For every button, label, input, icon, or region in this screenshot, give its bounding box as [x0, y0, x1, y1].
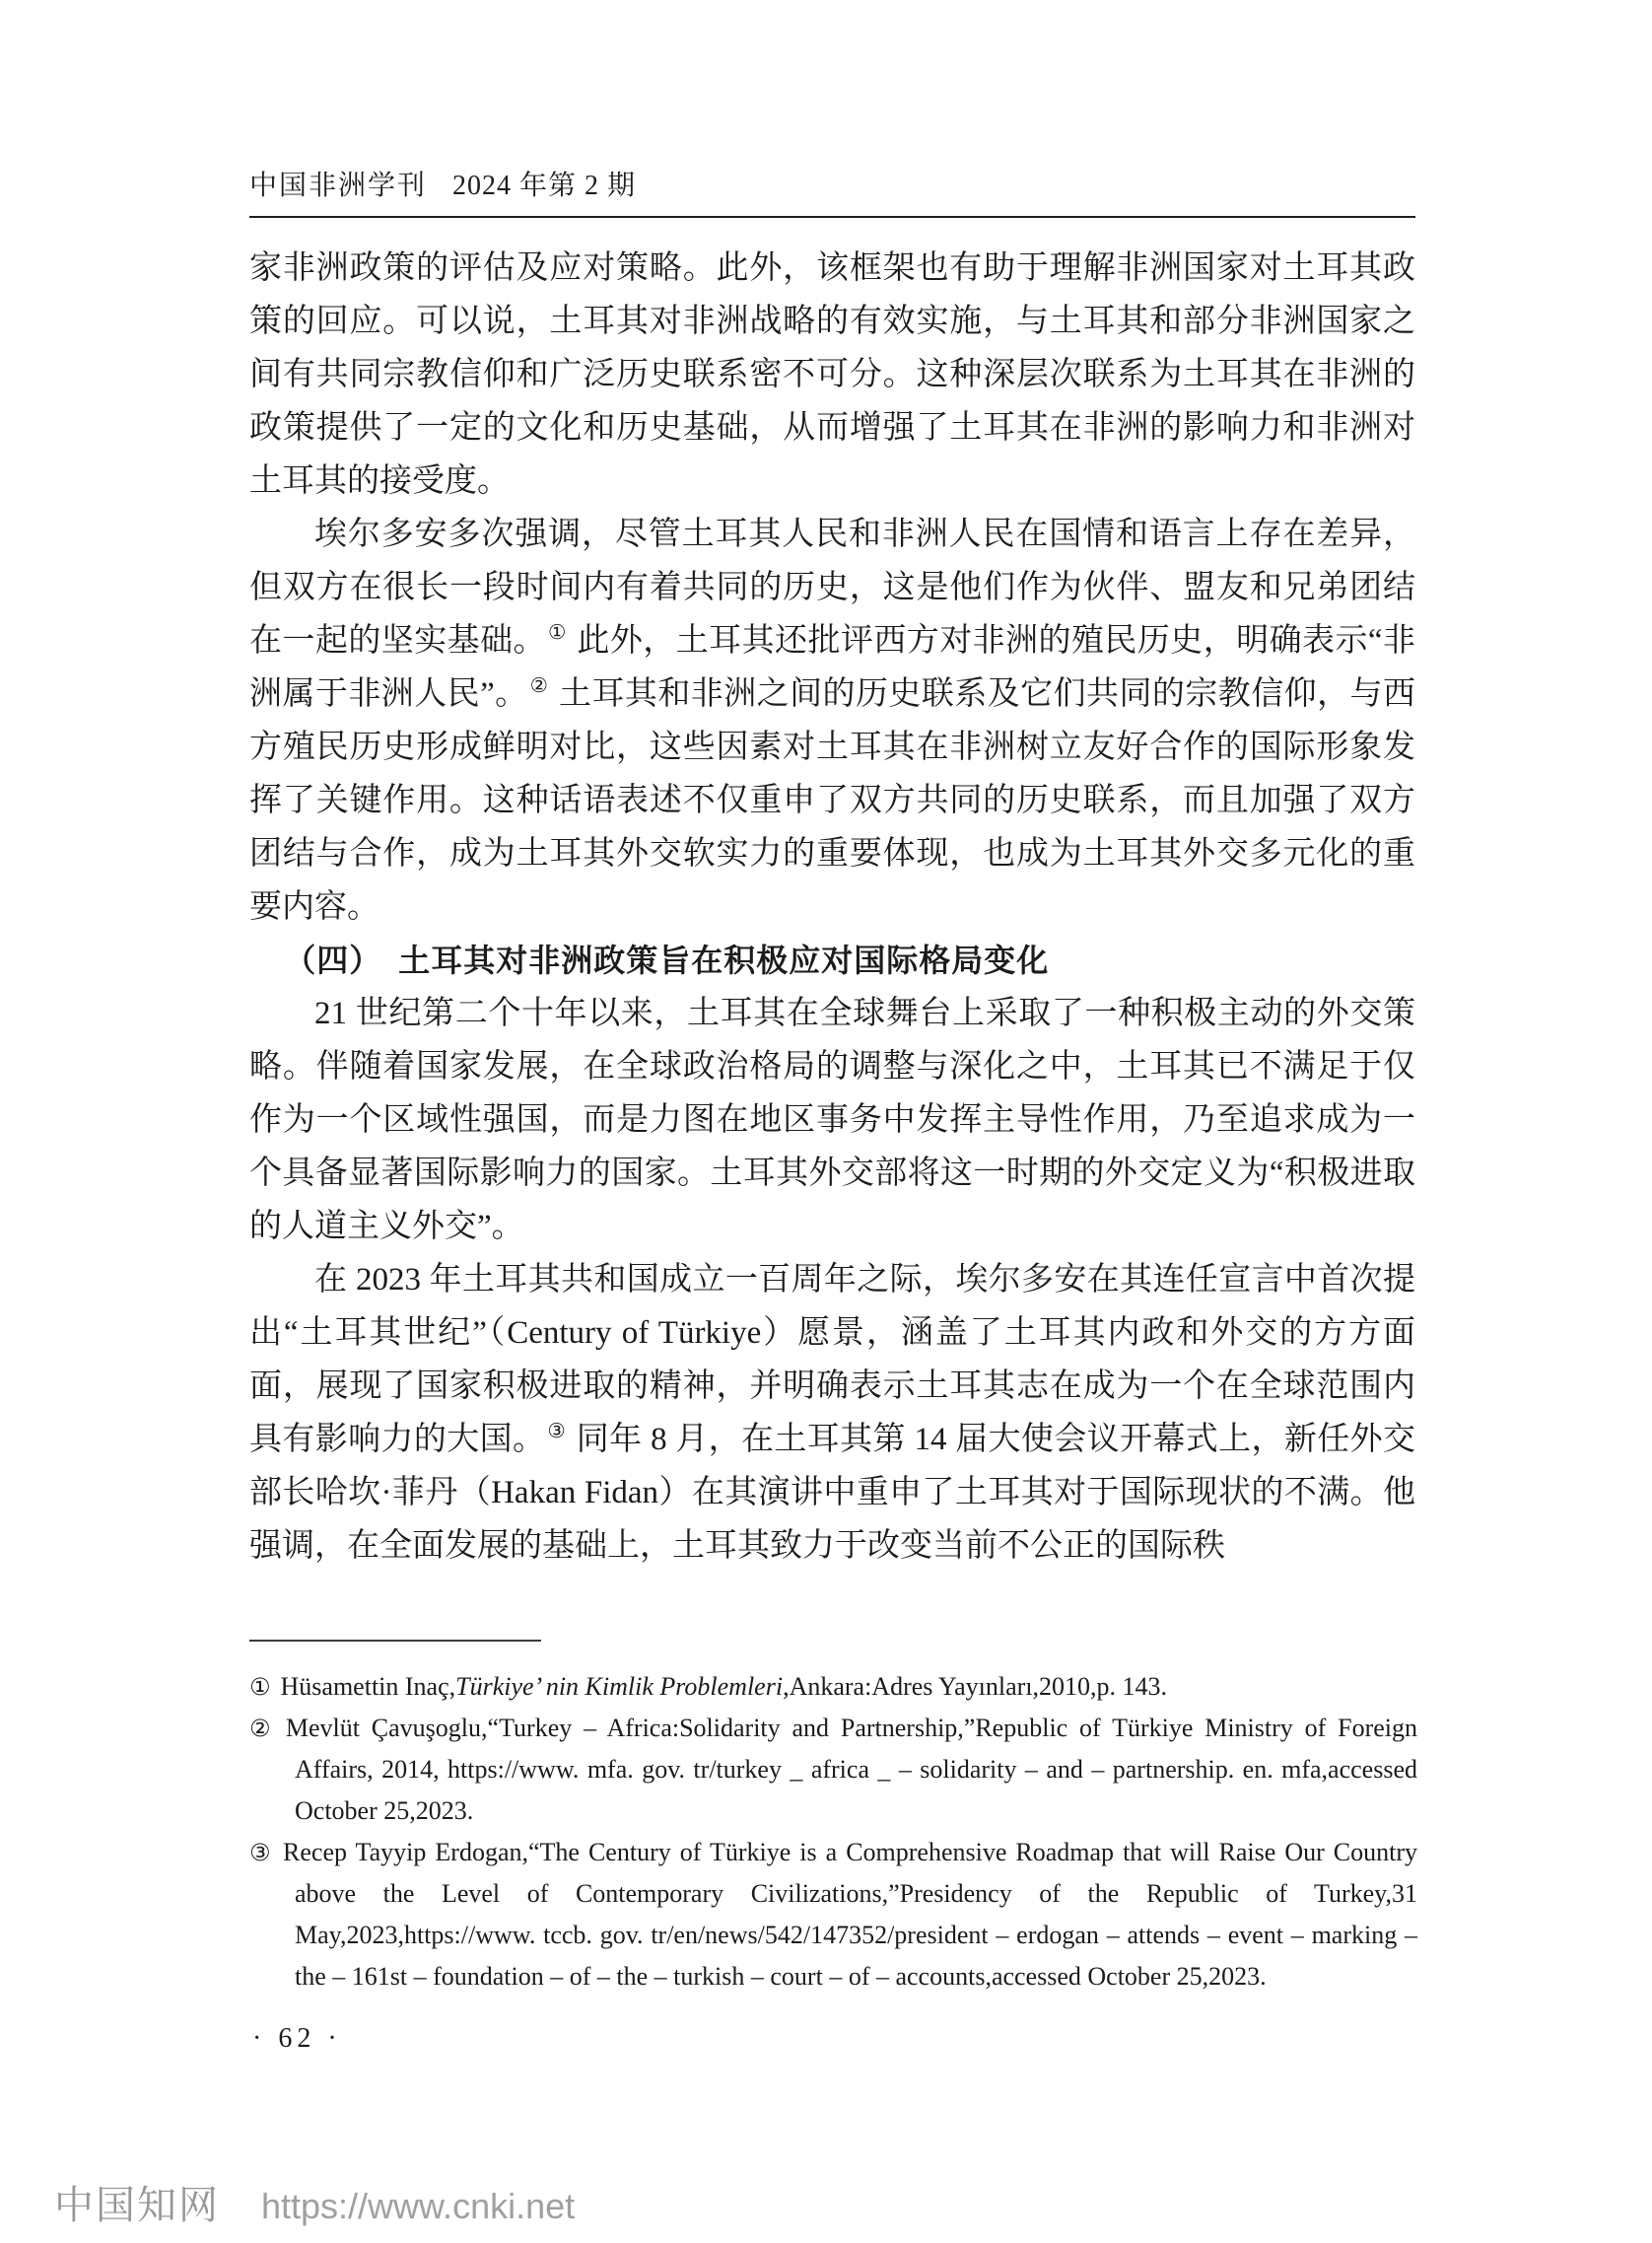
footnote-text: Mevlüt Çavuşoglu,“Turkey – Africa:Solida… — [286, 1714, 1417, 1825]
cnki-watermark: 中国知网https://www.cnki.net — [54, 2174, 575, 2230]
footnote-ref-1: ① — [548, 622, 567, 644]
header-divider — [249, 216, 1415, 218]
footnote-book-title: Türkiye’ nin Kimlik Problemleri — [455, 1672, 783, 1701]
footnote-marker-2: ② — [249, 1715, 276, 1742]
footnote-divider — [249, 1640, 541, 1642]
page-number: · 62 · — [252, 2023, 342, 2055]
cnki-url-text: https://www.cnki.net — [261, 2186, 575, 2226]
journal-title: 中国非洲学刊 — [249, 171, 427, 201]
footnote-citation-rest: ,Ankara:Adres Yayınları,2010,p. 143. — [783, 1672, 1167, 1701]
journal-page: 中国非洲学刊2024 年第 2 期 家非洲政策的评估及应对策略。此外，该框架也有… — [0, 0, 1652, 2243]
footnote-1: ①Hüsamettin Inaç,Türkiye’ nin Kimlik Pro… — [249, 1666, 1417, 1708]
footnote-marker-1: ① — [249, 1673, 271, 1701]
issue-info: 2024 年第 2 期 — [452, 171, 636, 201]
footnotes: ①Hüsamettin Inaç,Türkiye’ nin Kimlik Pro… — [249, 1666, 1417, 1998]
footnote-2: ②Mevlüt Çavuşoglu,“Turkey – Africa:Solid… — [249, 1708, 1417, 1832]
footnote-ref-2: ② — [530, 675, 549, 697]
footnote-ref-3: ③ — [547, 1421, 566, 1442]
paragraph-continuation: 家非洲政策的评估及应对策略。此外，该框架也有助于理解非洲国家对土耳其政策的回应。… — [249, 242, 1415, 508]
paragraph: 在 2023 年土耳其共和国成立一百周年之际，埃尔多安在其连任宣言中首次提出“土… — [249, 1253, 1415, 1573]
footnote-marker-3: ③ — [249, 1839, 273, 1866]
article-body: 家非洲政策的评估及应对策略。此外，该框架也有助于理解非洲国家对土耳其政策的回应。… — [249, 242, 1415, 1573]
cnki-brand-text: 中国知网 — [54, 2184, 220, 2227]
running-header: 中国非洲学刊2024 年第 2 期 — [249, 164, 1415, 203]
footnote-author: Hüsamettin Inaç, — [281, 1672, 456, 1701]
paragraph: 埃尔多安多次强调，尽管土耳其人民和非洲人民在国情和语言上存在差异，但双方在很长一… — [249, 508, 1415, 934]
paragraph: 21 世纪第二个十年以来，土耳其在全球舞台上采取了一种积极主动的外交策略。伴随着… — [249, 987, 1415, 1253]
paragraph-text: 土耳其和非洲之间的历史联系及它们共同的宗教信仰，与西方殖民历史形成鲜明对比，这些… — [249, 676, 1415, 925]
section-heading: （四） 土耳其对非洲政策旨在积极应对国际格局变化 — [249, 934, 1415, 987]
footnote-3: ③Recep Tayyip Erdogan,“The Century of Tü… — [249, 1832, 1417, 1998]
footnote-text: Recep Tayyip Erdogan,“The Century of Tür… — [283, 1838, 1417, 1991]
